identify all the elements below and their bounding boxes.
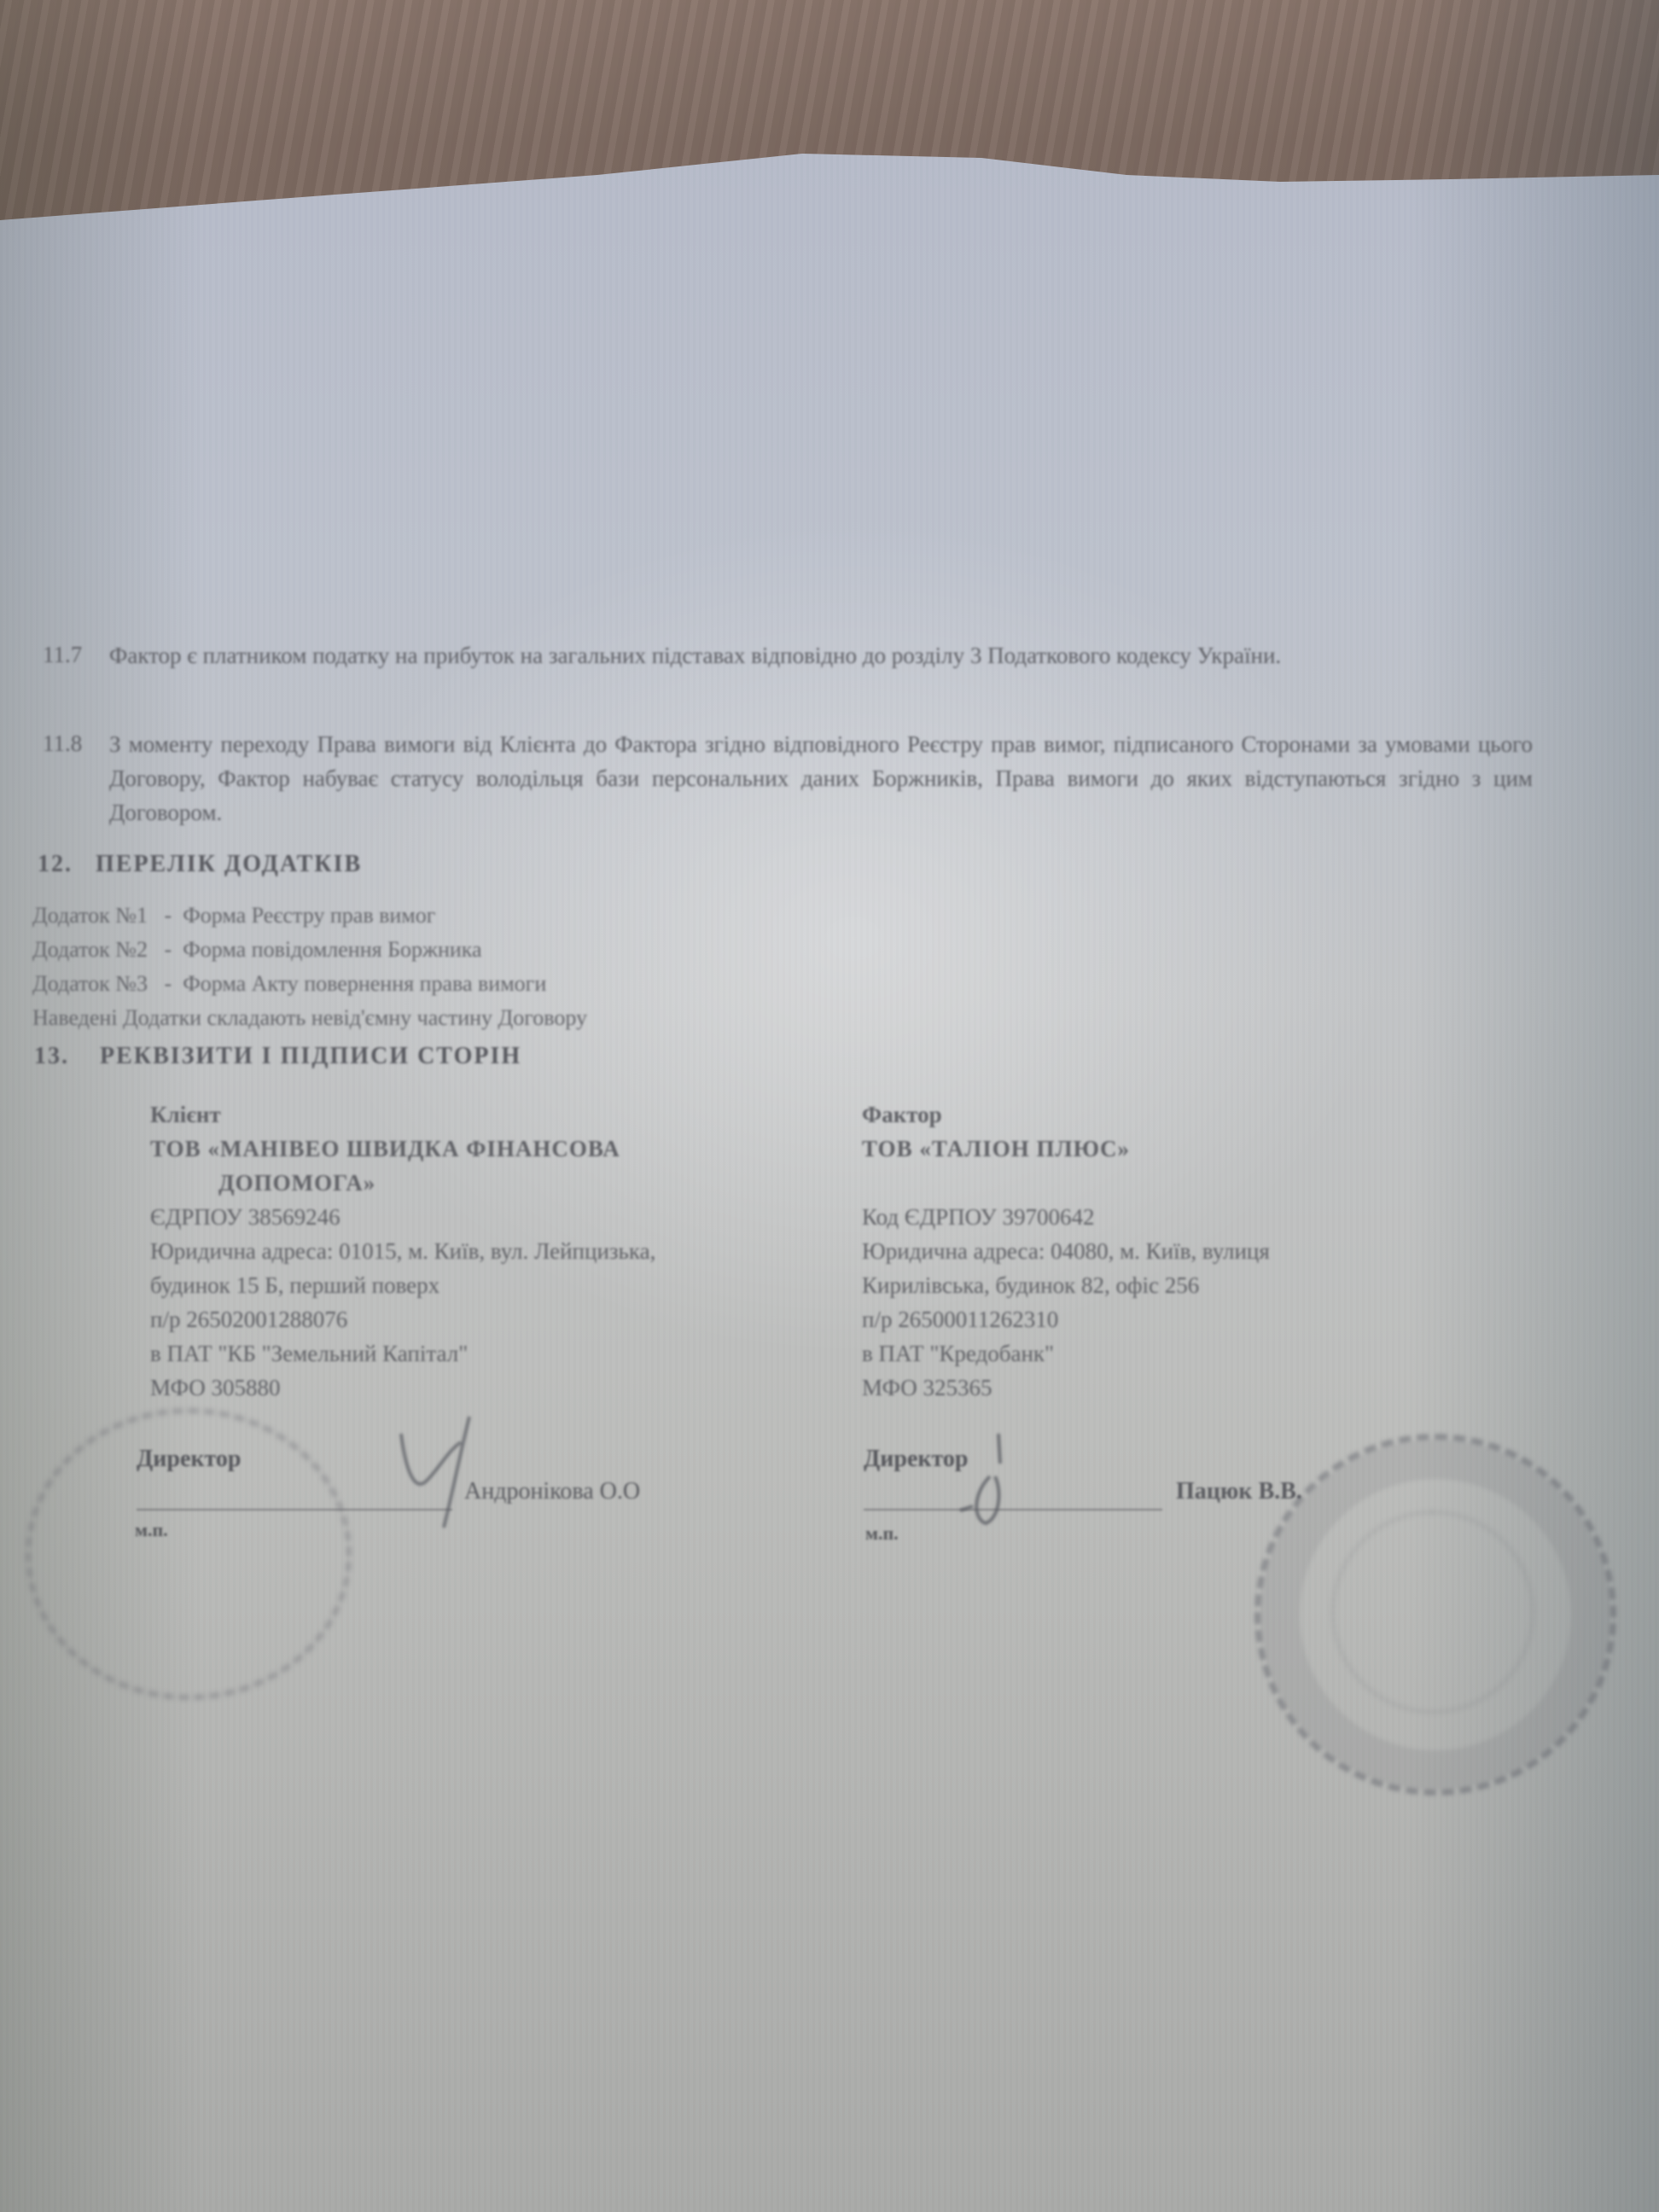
annex-text: Форма Акту повернення права вимоги <box>183 971 546 996</box>
section-title: ПЕРЕЛІК ДОДАТКІВ <box>96 851 362 877</box>
client-signer-title: Директор <box>137 1446 242 1473</box>
client-account: п/р 26502001288076 <box>150 1302 833 1336</box>
factor-code: Код ЄДРПОУ 39700642 <box>862 1200 1536 1234</box>
clause-number: 11.7 <box>43 642 82 668</box>
annex-item: Додаток №1 - Форма Реєстру прав вимог <box>32 903 435 928</box>
factor-name: ТОВ «ТАЛІОН ПЛЮС» <box>862 1132 1536 1166</box>
section-title: РЕКВІЗИТИ І ПІДПИСИ СТОРІН <box>100 1043 521 1069</box>
clause-text: З моменту переходу Права вимоги від Кліє… <box>109 727 1533 829</box>
document-content: 11.7 Фактор є платником податку на прибу… <box>0 0 1659 2212</box>
annex-text: Форма Реєстру прав вимог <box>183 903 435 928</box>
factor-account: п/р 26500011262310 <box>862 1302 1536 1336</box>
section-12-heading: 12. ПЕРЕЛІК ДОДАТКІВ <box>38 851 362 878</box>
client-bank: в ПАТ "КБ "Земельний Капітал" <box>150 1336 833 1371</box>
client-details: Клієнт ТОВ «МАНІВЕО ШВИДКА ФІНАНСОВА ДОП… <box>150 1097 833 1405</box>
factor-role: Фактор <box>862 1097 1536 1132</box>
client-stamp-mark: м.п. <box>135 1519 168 1541</box>
annex-label: Додаток №1 <box>32 903 148 928</box>
section-number: 13. <box>34 1043 69 1069</box>
factor-mfo: МФО 325365 <box>862 1371 1536 1405</box>
factor-signer-name: Пацюк В.В. <box>1176 1478 1302 1505</box>
annex-item: Додаток №3 - Форма Акту повернення права… <box>32 971 546 997</box>
annex-text: Форма повідомлення Боржника <box>183 937 481 962</box>
client-address: Юридична адреса: 01015, м. Київ, вул. Ле… <box>150 1234 833 1268</box>
clause-number: 11.8 <box>43 731 82 757</box>
section-13-heading: 13. РЕКВІЗИТИ І ПІДПИСИ СТОРІН <box>34 1043 521 1070</box>
annex-item: Додаток №2 - Форма повідомлення Боржника <box>32 937 482 963</box>
client-name: ТОВ «МАНІВЕО ШВИДКА ФІНАНСОВА <box>150 1132 833 1166</box>
factor-signature-line <box>864 1509 1162 1511</box>
client-name-continued: ДОПОМОГА» <box>150 1166 833 1200</box>
factor-address-continued: Кирилівська, будинок 82, офіс 256 <box>862 1268 1536 1302</box>
client-role: Клієнт <box>150 1097 833 1132</box>
clause-text: Фактор є платником податку на прибуток н… <box>109 638 1526 672</box>
factor-bank: в ПАТ "Кредобанк" <box>862 1336 1536 1371</box>
annex-label: Додаток №2 <box>32 937 148 962</box>
client-code: ЄДРПОУ 38569246 <box>150 1200 833 1234</box>
factor-stamp-mark: м.п. <box>865 1522 899 1545</box>
client-signer-name: Андронікова О.О <box>464 1478 640 1505</box>
client-signature-line <box>137 1509 452 1511</box>
factor-details: Фактор ТОВ «ТАЛІОН ПЛЮС» Код ЄДРПОУ 3970… <box>862 1097 1536 1405</box>
factor-signer-title: Директор <box>864 1446 969 1473</box>
section-number: 12. <box>38 851 73 877</box>
annex-note: Наведені Додатки складають невід'ємну ча… <box>32 1005 587 1031</box>
client-address-continued: будинок 15 Б, перший поверх <box>150 1268 833 1302</box>
client-mfo: МФО 305880 <box>150 1371 833 1405</box>
factor-address: Юридична адреса: 04080, м. Київ, вулиця <box>862 1234 1536 1268</box>
annex-label: Додаток №3 <box>32 971 148 996</box>
